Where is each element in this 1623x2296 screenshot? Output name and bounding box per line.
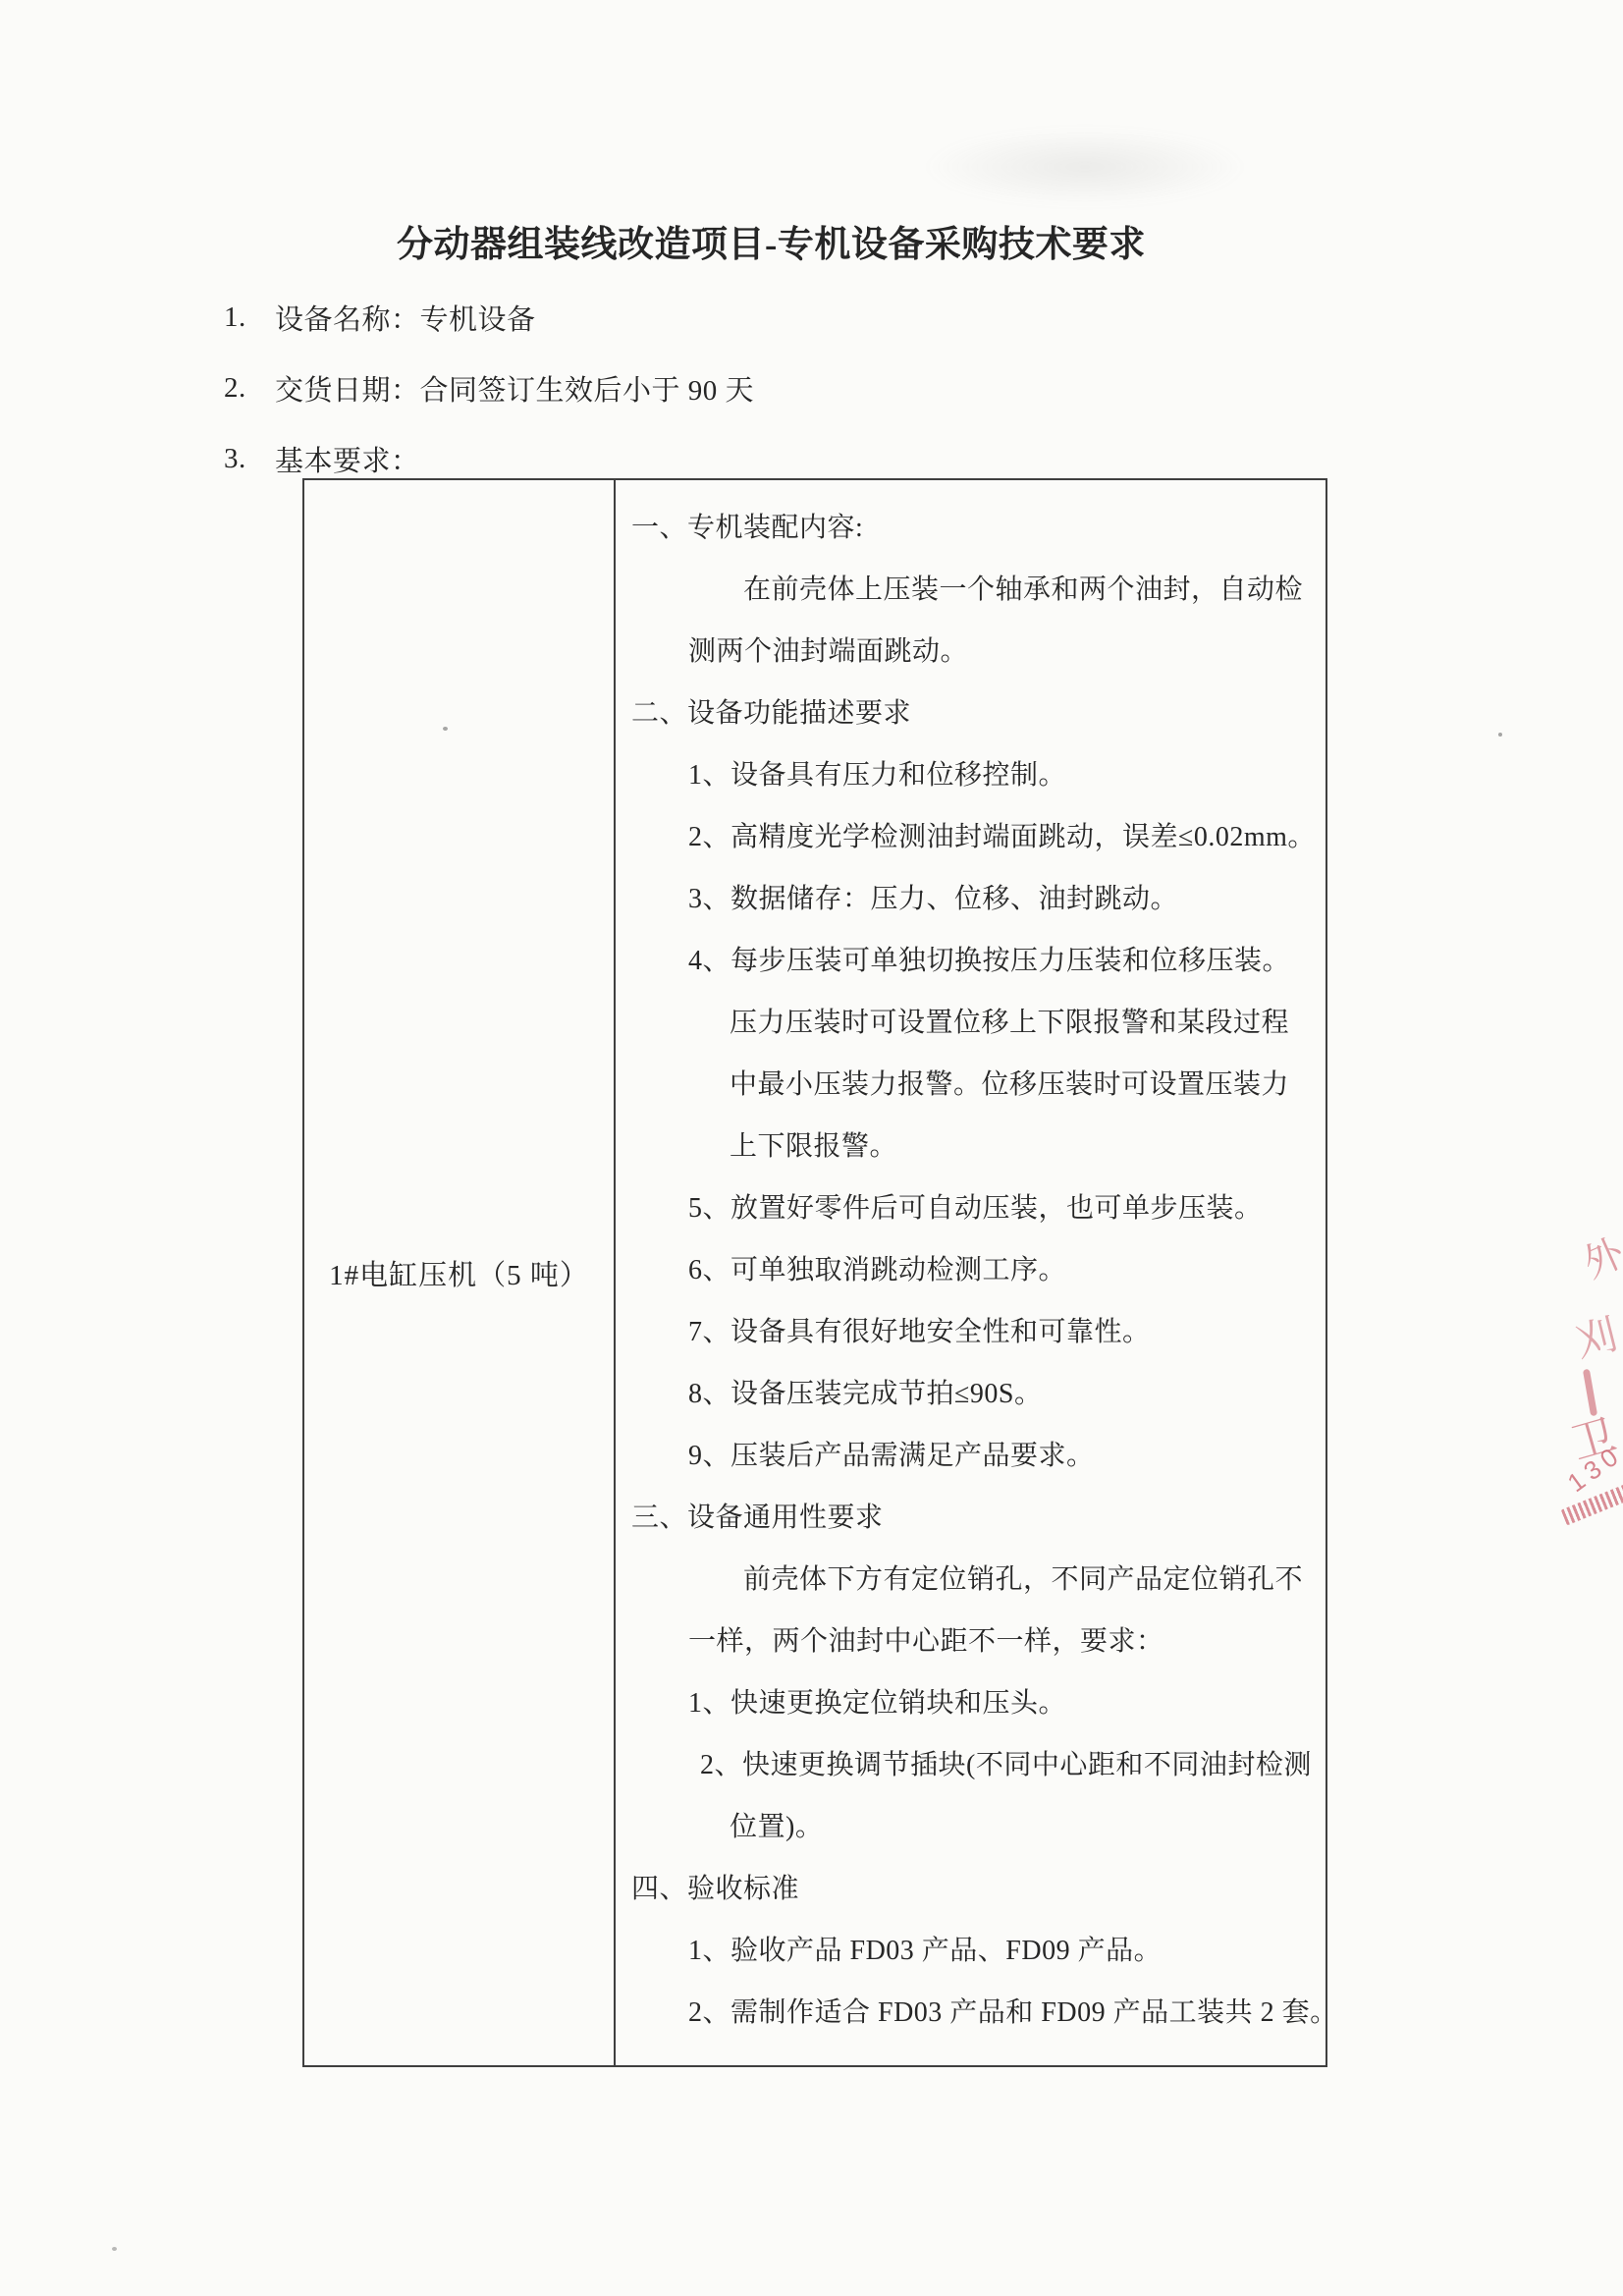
- requirement-line: 4、每步压装可单独切换按压力压装和位移压装。: [616, 927, 1325, 989]
- requirement-line: 2、需制作适合 FD03 产品和 FD09 产品工装共 2 套。: [616, 1979, 1325, 2041]
- requirement-line: 一样，两个油封中心距不一样，要求：: [616, 1608, 1325, 1669]
- intro-item-text: 交货日期：合同签订生效后小于 90 天: [275, 368, 754, 409]
- intro-item-text: 基本要求：: [275, 439, 420, 479]
- intro-item: 2. 交货日期：合同签订生效后小于 90 天: [224, 353, 754, 423]
- requirement-line: 在前壳体上压装一个轴承和两个油封，自动检: [616, 556, 1325, 618]
- requirement-line: 中最小压装力报警。位移压装时可设置压装力: [616, 1051, 1325, 1113]
- stamp-glyph: 卫: [1563, 1399, 1622, 1472]
- requirement-line: 三、设备通用性要求: [616, 1484, 1325, 1546]
- requirement-line: 9、压装后产品需满足产品要求。: [616, 1422, 1325, 1484]
- stamp-number: 130: [1562, 1439, 1623, 1499]
- requirement-line: 6、可单独取消跳动检测工序。: [616, 1236, 1325, 1298]
- requirement-line: 8、设备压装完成节拍≤90S。: [616, 1360, 1325, 1422]
- intro-item-number: 2.: [224, 372, 275, 405]
- requirement-line: 1、验收产品 FD03 产品、FD09 产品。: [616, 1917, 1325, 1979]
- requirement-line: 二、设备功能描述要求: [616, 680, 1325, 741]
- device-name-cell: 1#电缸压机（5 吨）: [304, 480, 616, 2065]
- requirement-line: 测两个油封端面跳动。: [616, 618, 1325, 680]
- requirement-line: 上下限报警。: [616, 1113, 1325, 1175]
- requirement-line: 1、快速更换定位销块和压头。: [616, 1669, 1325, 1731]
- document-page: 分动器组装线改造项目-专机设备采购技术要求 1. 设备名称：专机设备 2. 交货…: [0, 0, 1623, 2296]
- intro-item-text: 设备名称：专机设备: [275, 298, 536, 338]
- stamp-border-edge: [1561, 1481, 1623, 1526]
- requirement-line: 位置)。: [616, 1793, 1325, 1855]
- scan-speck: [112, 2247, 117, 2251]
- stamp-glyph: 刈: [1568, 1302, 1622, 1369]
- intro-item-number: 1.: [224, 301, 275, 334]
- requirement-line: 前壳体下方有定位销孔，不同产品定位销孔不: [616, 1546, 1325, 1608]
- scan-artifact-smudge: [923, 128, 1247, 206]
- requirement-line: 1、设备具有压力和位移控制。: [616, 741, 1325, 803]
- requirement-line: 2、高精度光学检测油封端面跳动，误差≤0.02mm。: [616, 803, 1325, 865]
- stamp-glyph: 外: [1573, 1222, 1623, 1288]
- requirement-line: 7、设备具有很好地安全性和可靠性。: [616, 1298, 1325, 1360]
- requirement-line: 压力压装时可设置位移上下限报警和某段过程: [616, 989, 1325, 1051]
- intro-item: 1. 设备名称：专机设备: [224, 282, 754, 353]
- requirement-line: 一、专机装配内容:: [616, 494, 1325, 556]
- intro-list: 1. 设备名称：专机设备 2. 交货日期：合同签订生效后小于 90 天 3. 基…: [224, 282, 754, 494]
- requirements-table: 1#电缸压机（5 吨） 一、专机装配内容: 在前壳体上压装一个轴承和两个油封，自…: [302, 478, 1327, 2067]
- requirement-line: 四、验收标准: [616, 1855, 1325, 1917]
- document-title: 分动器组装线改造项目-专机设备采购技术要求: [397, 214, 1146, 267]
- intro-item-number: 3.: [224, 443, 275, 475]
- stamp-stroke: [1583, 1369, 1597, 1416]
- requirements-cell: 一、专机装配内容: 在前壳体上压装一个轴承和两个油封，自动检 测两个油封端面跳动…: [616, 480, 1325, 2065]
- requirement-line: 3、数据储存：压力、位移、油封跳动。: [616, 865, 1325, 927]
- device-name: 1#电缸压机（5 吨）: [329, 1253, 589, 1293]
- requirement-line: 2、快速更换调节插块(不同中心距和不同油封检测: [616, 1731, 1325, 1793]
- scan-speck: [1498, 733, 1502, 737]
- requirement-line: 5、放置好零件后可自动压装，也可单步压装。: [616, 1175, 1325, 1236]
